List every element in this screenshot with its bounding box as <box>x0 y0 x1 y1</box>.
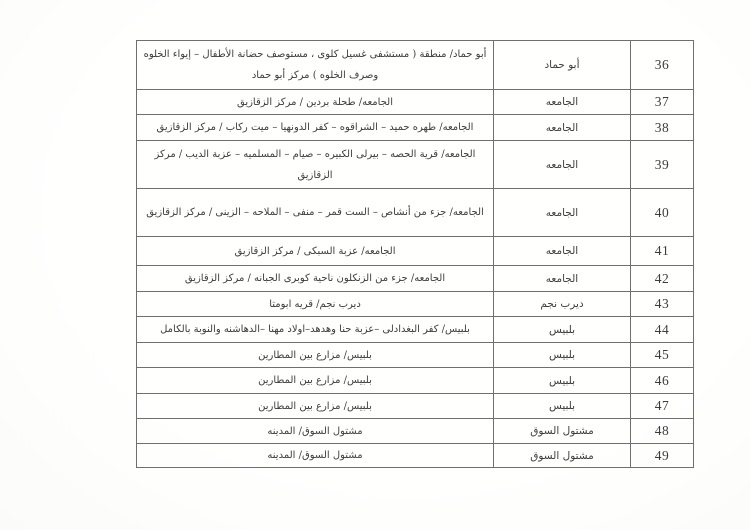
area-cell: الجامعه <box>494 266 631 292</box>
row-number-cell: 47 <box>631 394 694 419</box>
table-row: 41الجامعهالجامعه/ عزبة السبكى / مركز الز… <box>137 237 694 266</box>
table-row: 47بلبيسبلبيس/ مزارع بين المطارين <box>137 394 694 419</box>
description-cell: الجامعه/ طحلة بردين / مركز الزقازيق <box>137 90 494 115</box>
row-number-cell: 39 <box>631 141 694 189</box>
area-cell: الجامعه <box>494 189 631 237</box>
row-number-cell: 42 <box>631 266 694 292</box>
document-page: 36أبو حمادأبو حماد/ منطقة ( مستشفى غسيل … <box>0 0 750 530</box>
row-number-cell: 49 <box>631 444 694 468</box>
area-cell: مشتول السوق <box>494 444 631 468</box>
area-cell: بلبيس <box>494 394 631 419</box>
area-cell: الجامعه <box>494 141 631 189</box>
description-cell: بلبيس/ مزارع بين المطارين <box>137 394 494 419</box>
table-row: 39الجامعهالجامعه/ قرية الحصه – بيرلى الك… <box>137 141 694 189</box>
table-row: 49مشتول السوقمشتول السوق/ المدينه <box>137 444 694 468</box>
description-cell: ديرب نجم/ قريه ابومتا <box>137 292 494 317</box>
row-number-cell: 37 <box>631 90 694 115</box>
description-cell: الجامعه/ جزء من أنشاص – الست قمر – منفى … <box>137 189 494 237</box>
description-cell: مشتول السوق/ المدينه <box>137 444 494 468</box>
row-number-cell: 44 <box>631 317 694 343</box>
area-cell: أبو حماد <box>494 41 631 90</box>
description-cell: الجامعه/ جزء من الزنكلون ناحية كوبرى الج… <box>137 266 494 292</box>
table-row: 40الجامعهالجامعه/ جزء من أنشاص – الست قم… <box>137 189 694 237</box>
row-number-cell: 43 <box>631 292 694 317</box>
area-cell: مشتول السوق <box>494 419 631 444</box>
table-row: 48مشتول السوقمشتول السوق/ المدينه <box>137 419 694 444</box>
description-cell: مشتول السوق/ المدينه <box>137 419 494 444</box>
description-cell: بلبيس/ كفر البغدادلى –عزبة حنا وهدهد–اول… <box>137 317 494 343</box>
description-cell: الجامعه/ قرية الحصه – بيرلى الكبيره – صي… <box>137 141 494 189</box>
row-number-cell: 38 <box>631 115 694 141</box>
table-row: 45بلبيسبلبيس/ مزارع بين المطارين <box>137 343 694 368</box>
row-number-cell: 41 <box>631 237 694 266</box>
table-row: 42الجامعهالجامعه/ جزء من الزنكلون ناحية … <box>137 266 694 292</box>
districts-table-body: 36أبو حمادأبو حماد/ منطقة ( مستشفى غسيل … <box>137 41 694 468</box>
area-cell: الجامعه <box>494 90 631 115</box>
area-cell: الجامعه <box>494 237 631 266</box>
description-cell: بلبيس/ مزارع بين المطارين <box>137 368 494 394</box>
table-row: 44بلبيسبلبيس/ كفر البغدادلى –عزبة حنا وه… <box>137 317 694 343</box>
row-number-cell: 36 <box>631 41 694 90</box>
area-cell: بلبيس <box>494 317 631 343</box>
table-row: 38الجامعهالجامعه/ طهره حميد – الشراقوه –… <box>137 115 694 141</box>
area-cell: بلبيس <box>494 368 631 394</box>
description-cell: الجامعه/ عزبة السبكى / مركز الزقازيق <box>137 237 494 266</box>
description-cell: الجامعه/ طهره حميد – الشراقوه – كفر الدو… <box>137 115 494 141</box>
row-number-cell: 40 <box>631 189 694 237</box>
table-row: 36أبو حمادأبو حماد/ منطقة ( مستشفى غسيل … <box>137 41 694 90</box>
table-row: 46بلبيسبلبيس/ مزارع بين المطارين <box>137 368 694 394</box>
description-cell: بلبيس/ مزارع بين المطارين <box>137 343 494 368</box>
description-cell: أبو حماد/ منطقة ( مستشفى غسيل كلوى ، مست… <box>137 41 494 90</box>
area-cell: بلبيس <box>494 343 631 368</box>
row-number-cell: 48 <box>631 419 694 444</box>
table-row: 43ديرب نجمديرب نجم/ قريه ابومتا <box>137 292 694 317</box>
row-number-cell: 45 <box>631 343 694 368</box>
row-number-cell: 46 <box>631 368 694 394</box>
area-cell: ديرب نجم <box>494 292 631 317</box>
area-cell: الجامعه <box>494 115 631 141</box>
table-row: 37الجامعهالجامعه/ طحلة بردين / مركز الزق… <box>137 90 694 115</box>
districts-table: 36أبو حمادأبو حماد/ منطقة ( مستشفى غسيل … <box>136 40 694 468</box>
